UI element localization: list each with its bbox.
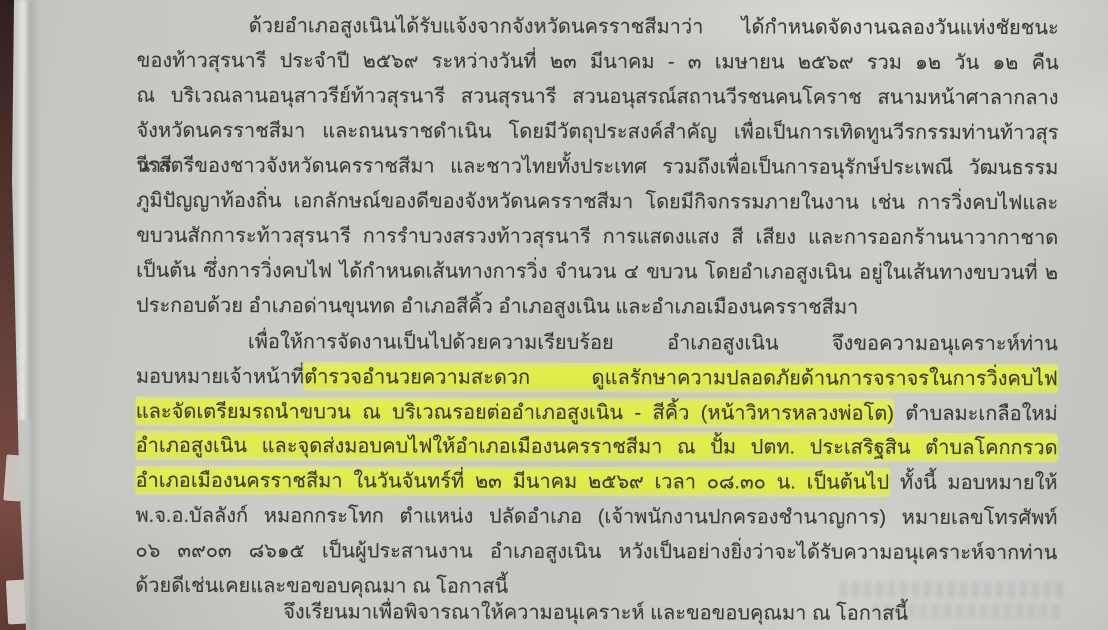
text-line: ณ บริเวณลานอนุสาวรีย์ท้าวสุรนารี สวนสุรน… — [137, 79, 1059, 116]
text-line: ด้วยอำเภอสูงเนินได้รับแจ้งจากจังหวัดนครร… — [137, 9, 1059, 46]
document-photo: ด้วยอำเภอสูงเนินได้รับแจ้งจากจังหวัดนครร… — [0, 0, 1108, 630]
text-segment: วีรสตรีของชาวจังหวัดนครราชสีมา และชาวไทย… — [136, 155, 1058, 179]
highlighted-text: อำเภอเมืองนครราชสีมา ในวันจันทร์ที่ ๒๓ ม… — [136, 466, 890, 497]
text-line: มอบหมายเจ้าหน้าที่ตำรวจอำนวยความสะดวก ดู… — [136, 360, 1058, 397]
text-line: และจัดเตรียมรถนำขบวน ณ บริเวณรอยต่ออำเภอ… — [136, 394, 1058, 431]
text-segment: ของท้าวสุรนารี ประจำปี ๒๕๖๙ ระหว่างวันที… — [137, 50, 1059, 74]
text-segment: พ.จ.อ.บัลลังก์ หมอกกระโทก ตำแหน่ง ปลัดอำ… — [135, 505, 1057, 529]
paper-edge-shadow — [30, 0, 40, 630]
text-segment: ด้วยดีเช่นเคยและขอขอบคุณมา ณ โอกาสนี้ — [135, 574, 508, 597]
text-line: จังหวัดนครราชสีมา และถนนราชดำเนิน โดยมีว… — [136, 114, 1058, 151]
text-line: พ.จ.อ.บัลลังก์ หมอกกระโทก ตำแหน่ง ปลัดอำ… — [135, 499, 1057, 536]
paper-document: ด้วยอำเภอสูงเนินได้รับแจ้งจากจังหวัดนครร… — [0, 0, 1108, 630]
text-segment: ณ บริเวณลานอนุสาวรีย์ท้าวสุรนารี สวนสุรน… — [137, 85, 1059, 109]
text-segment: เป็นต้น ซึ่งการวิ่งคบไฟ ได้กำหนดเส้นทางก… — [136, 260, 1058, 284]
text-line: ๐๖ ๓๙๐๓ ๘๖๑๕ เป็นผู้ประสานงาน อำเภอสูงเน… — [135, 534, 1057, 571]
text-line: เป็นต้น ซึ่งการวิ่งคบไฟ ได้กำหนดเส้นทางก… — [136, 254, 1058, 291]
text-segment: ด้วยอำเภอสูงเนินได้รับแจ้งจากจังหวัดนครร… — [249, 15, 1059, 39]
text-line: ขบวนสักการะท้าวสุรนารี การรำบวงสรวงท้าวส… — [136, 219, 1058, 256]
text-line: อำเภอสูงเนิน และจุดส่งมอบคบไฟให้อำเภอเมื… — [136, 429, 1058, 466]
text-line: ประกอบด้วย อำเภอด่านขุนทด อำเภอสีคิ้ว อำ… — [136, 289, 1058, 326]
paragraph: ด้วยอำเภอสูงเนินได้รับแจ้งจากจังหวัดนครร… — [136, 9, 1059, 326]
text-segment: ตำบลมะเกลือใหม่ — [894, 402, 1058, 424]
text-line: อำเภอเมืองนครราชสีมา ในวันจันทร์ที่ ๒๓ ม… — [136, 464, 1058, 501]
text-line: จึงเรียนมาเพื่อพิจารณาให้ความอนุเคราะห์ … — [135, 595, 1057, 630]
text-segment: ภูมิปัญญาท้องถิ่น เอกลักษณ์ของดีของจังหว… — [136, 190, 1058, 214]
text-line: วีรสตรีของชาวจังหวัดนครราชสีมา และชาวไทย… — [136, 149, 1058, 186]
text-line: ของท้าวสุรนารี ประจำปี ๒๕๖๙ ระหว่างวันที… — [137, 44, 1059, 81]
highlighted-text: และจัดเตรียมรถนำขบวน ณ บริเวณรอยต่ออำเภอ… — [136, 396, 894, 427]
text-segment: จึงเรียนมาเพื่อพิจารณาให้ความอนุเคราะห์ … — [283, 601, 908, 625]
paragraph: เพื่อให้การจัดงานเป็นไปด้วยความเรียบร้อย… — [135, 325, 1058, 606]
text-line: เพื่อให้การจัดงานเป็นไปด้วยความเรียบร้อย… — [136, 325, 1058, 362]
highlighted-text: ตำรวจอำนวยความสะดวก ดูแลรักษาความปลอดภัย… — [304, 362, 1058, 393]
text-segment: ๐๖ ๓๙๐๓ ๘๖๑๕ เป็นผู้ประสานงาน อำเภอสูงเน… — [135, 540, 1057, 564]
document-text: ด้วยอำเภอสูงเนินได้รับแจ้งจากจังหวัดนครร… — [135, 0, 1059, 630]
text-line: ภูมิปัญญาท้องถิ่น เอกลักษณ์ของดีของจังหว… — [136, 184, 1058, 221]
paragraph: จึงเรียนมาเพื่อพิจารณาให้ความอนุเคราะห์ … — [135, 595, 1057, 630]
text-segment: ประกอบด้วย อำเภอด่านขุนทด อำเภอสีคิ้ว อำ… — [136, 295, 858, 319]
text-segment: เพื่อให้การจัดงานเป็นไปด้วยความเรียบร้อย… — [248, 331, 1058, 355]
text-segment: ทั้งนี้ มอบหมายให้ — [889, 472, 1057, 494]
highlighted-text: อำเภอสูงเนิน และจุดส่งมอบคบไฟให้อำเภอเมื… — [136, 431, 1058, 462]
text-segment: ขบวนสักการะท้าวสุรนารี การรำบวงสรวงท้าวส… — [136, 225, 1058, 249]
text-segment: มอบหมายเจ้าหน้าที่ — [136, 366, 304, 388]
